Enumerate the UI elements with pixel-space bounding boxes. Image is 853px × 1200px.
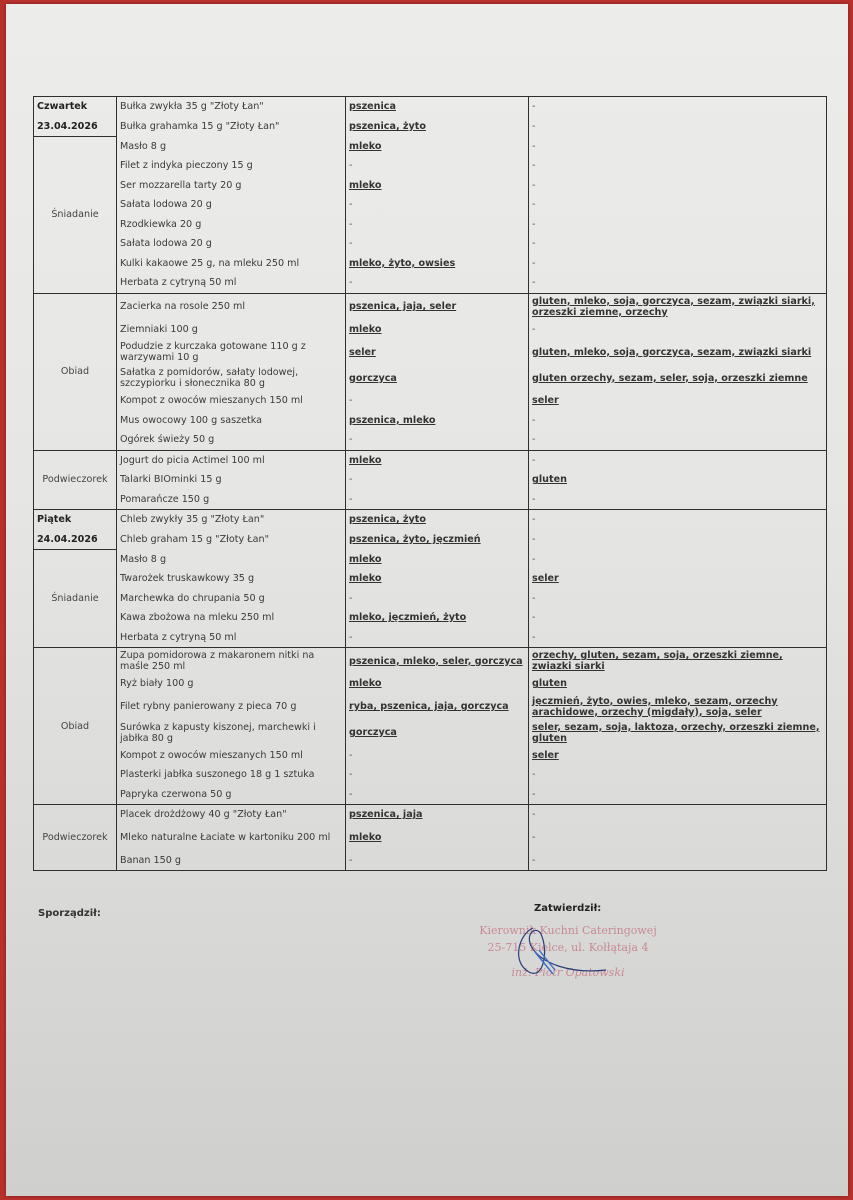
cross-contamination-cell: - [529, 785, 827, 805]
dish-name: Plasterki jabłka suszonego 18 g 1 sztuka [117, 765, 346, 785]
allergen-text: - [532, 238, 823, 249]
allergens-cell: - [346, 470, 529, 490]
dish-name: Talarki BIOminki 15 g [117, 470, 346, 490]
allergens-cell: pszenica, jaja, seler [346, 293, 529, 320]
allergen-text: mleko, jęczmień, żyto [349, 612, 525, 623]
dish-name: Herbata z cytryną 50 ml [117, 628, 346, 648]
day-name: Piątek [34, 510, 117, 530]
dish-name: Sałatka z pomidorów, sałaty lodowej, szc… [117, 365, 346, 391]
table-row: Sałata lodowa 20 g-- [34, 195, 827, 215]
dish-text: Plasterki jabłka suszonego 18 g 1 sztuka [120, 769, 342, 780]
dish-name: Banan 150 g [117, 851, 346, 871]
table-row: Marchewka do chrupania 50 g-- [34, 589, 827, 609]
table-row: Ogórek świeży 50 g-- [34, 430, 827, 450]
table-row: CzwartekBułka zwykła 35 g "Złoty Łan"psz… [34, 97, 827, 117]
allergen-text: gluten, mleko, soja, gorczyca, sezam, zw… [532, 347, 823, 358]
dish-text: Sałata lodowa 20 g [120, 199, 342, 210]
table-row: ŚniadanieMasło 8 gmleko- [34, 137, 827, 157]
dish-name: Kompot z owoców mieszanych 150 ml [117, 746, 346, 766]
cross-contamination-cell: - [529, 851, 827, 871]
allergen-text: gluten [532, 474, 823, 485]
allergen-text: seler [532, 395, 823, 406]
dish-name: Marchewka do chrupania 50 g [117, 589, 346, 609]
allergen-text: mleko [349, 554, 525, 565]
table-row: PodwieczorekPlacek drożdżowy 40 g "Złoty… [34, 805, 827, 825]
table-row: PodwieczorekJogurt do picia Actimel 100 … [34, 450, 827, 470]
dish-text: Zupa pomidorowa z makaronem nitki na maś… [120, 650, 342, 672]
table-row: ObiadZupa pomidorowa z makaronem nitki n… [34, 648, 827, 675]
allergen-text: - [349, 199, 525, 210]
dish-text: Rzodkiewka 20 g [120, 219, 342, 230]
allergen-text: pszenica, żyto [349, 121, 525, 132]
cross-contamination-cell: - [529, 176, 827, 196]
allergen-text: - [532, 809, 823, 820]
allergen-text: gorczyca [349, 373, 525, 384]
allergens-cell: - [346, 628, 529, 648]
allergens-cell: - [346, 195, 529, 215]
table-row: Ziemniaki 100 gmleko- [34, 320, 827, 340]
cross-contamination-cell: seler [529, 569, 827, 589]
cross-contamination-cell: seler [529, 391, 827, 411]
allergens-cell: - [346, 851, 529, 871]
allergen-text: - [349, 494, 525, 505]
table-row: Ryż biały 100 gmlekogluten [34, 674, 827, 694]
allergen-text: - [532, 789, 823, 800]
dish-name: Chleb zwykły 35 g "Złoty Łan" [117, 510, 346, 530]
allergen-text: gluten orzechy, sezam, seler, soja, orze… [532, 373, 823, 384]
allergens-cell: gorczyca [346, 720, 529, 746]
cross-contamination-cell: - [529, 320, 827, 340]
cross-contamination-cell: - [529, 234, 827, 254]
allergen-text: - [532, 494, 823, 505]
allergen-text: gluten, mleko, soja, gorczyca, sezam, zw… [532, 296, 823, 318]
allergen-text: mleko [349, 832, 525, 843]
dish-text: Placek drożdżowy 40 g "Złoty Łan" [120, 809, 342, 820]
cross-contamination-cell: gluten [529, 674, 827, 694]
cross-contamination-cell: - [529, 608, 827, 628]
day-date: 24.04.2026 [34, 530, 117, 550]
allergens-cell: mleko, jęczmień, żyto [346, 608, 529, 628]
allergen-text: - [349, 277, 525, 288]
dish-name: Sałata lodowa 20 g [117, 234, 346, 254]
allergens-cell: seler [346, 339, 529, 365]
cross-contamination-cell: - [529, 490, 827, 510]
cross-contamination-cell: - [529, 97, 827, 117]
cross-contamination-cell: - [529, 450, 827, 470]
table-row: Filet z indyka pieczony 15 g-- [34, 156, 827, 176]
allergen-text: - [349, 474, 525, 485]
allergens-cell: - [346, 215, 529, 235]
allergen-text: - [349, 789, 525, 800]
cross-contamination-cell: - [529, 430, 827, 450]
cross-contamination-cell: orzechy, gluten, sezam, soja, orzeszki z… [529, 648, 827, 675]
allergen-text: - [349, 395, 525, 406]
allergen-text: - [532, 199, 823, 210]
cross-contamination-cell: - [529, 117, 827, 137]
allergen-text: pszenica, mleko, seler, gorczyca [349, 656, 525, 667]
allergen-text: mleko [349, 573, 525, 584]
table-row: ObiadZacierka na rosole 250 mlpszenica, … [34, 293, 827, 320]
allergen-text: - [349, 769, 525, 780]
dish-name: Pomarańcze 150 g [117, 490, 346, 510]
table-row: Podudzie z kurczaka gotowane 110 g z war… [34, 339, 827, 365]
dish-name: Chleb graham 15 g "Złoty Łan" [117, 530, 346, 550]
table-row: Sałatka z pomidorów, sałaty lodowej, szc… [34, 365, 827, 391]
dish-name: Twarożek truskawkowy 35 g [117, 569, 346, 589]
dish-text: Sałata lodowa 20 g [120, 238, 342, 249]
allergen-text: seler, sezam, soja, laktoza, orzechy, or… [532, 722, 823, 744]
allergen-text: - [532, 180, 823, 191]
prepared-by-label: Sporządził: [38, 908, 101, 919]
allergens-cell: mleko [346, 825, 529, 851]
allergens-cell: - [346, 785, 529, 805]
allergens-cell: mleko [346, 550, 529, 570]
dish-name: Papryka czerwona 50 g [117, 785, 346, 805]
cross-contamination-cell: gluten, mleko, soja, gorczyca, sezam, zw… [529, 339, 827, 365]
dish-text: Twarożek truskawkowy 35 g [120, 573, 342, 584]
allergen-text: gorczyca [349, 727, 525, 738]
allergens-cell: - [346, 156, 529, 176]
dish-text: Kompot z owoców mieszanych 150 ml [120, 395, 342, 406]
allergens-cell: pszenica, mleko, seler, gorczyca [346, 648, 529, 675]
dish-text: Zacierka na rosole 250 ml [120, 301, 342, 312]
dish-text: Ogórek świeży 50 g [120, 434, 342, 445]
dish-text: Podudzie z kurczaka gotowane 110 g z war… [120, 341, 342, 363]
dish-name: Ryż biały 100 g [117, 674, 346, 694]
allergens-cell: - [346, 746, 529, 766]
allergen-text: - [532, 434, 823, 445]
allergens-cell: pszenica [346, 97, 529, 117]
allergen-text: - [532, 258, 823, 269]
table-row: Papryka czerwona 50 g-- [34, 785, 827, 805]
dish-text: Surówka z kapusty kiszonej, marchewki i … [120, 722, 342, 744]
dish-name: Kawa zbożowa na mleku 250 ml [117, 608, 346, 628]
table-row: Rzodkiewka 20 g-- [34, 215, 827, 235]
allergen-text: seler [349, 347, 525, 358]
allergen-text: orzechy, gluten, sezam, soja, orzeszki z… [532, 650, 823, 672]
allergens-cell: mleko [346, 450, 529, 470]
allergens-cell: pszenica, żyto [346, 510, 529, 530]
dish-name: Sałata lodowa 20 g [117, 195, 346, 215]
cross-contamination-cell: - [529, 215, 827, 235]
allergens-cell: - [346, 765, 529, 785]
cross-contamination-cell: - [529, 805, 827, 825]
allergen-text: - [532, 554, 823, 565]
allergen-text: - [532, 514, 823, 525]
allergens-cell: mleko, żyto, owsies [346, 254, 529, 274]
dish-text: Banan 150 g [120, 855, 342, 866]
dish-text: Chleb graham 15 g "Złoty Łan" [120, 534, 342, 545]
allergens-cell: pszenica, żyto [346, 117, 529, 137]
table-row: Kompot z owoców mieszanych 150 ml-seler [34, 391, 827, 411]
allergen-text: - [532, 632, 823, 643]
table-row: Mus owocowy 100 g saszetkapszenica, mlek… [34, 411, 827, 431]
table-row: Talarki BIOminki 15 g-gluten [34, 470, 827, 490]
allergen-text: mleko [349, 141, 525, 152]
allergen-text: - [349, 593, 525, 604]
dish-text: Filet rybny panierowany z pieca 70 g [120, 701, 342, 712]
dish-name: Mus owocowy 100 g saszetka [117, 411, 346, 431]
allergens-cell: mleko [346, 137, 529, 157]
allergen-text: - [349, 750, 525, 761]
table-row: 23.04.2026Bułka grahamka 15 g "Złoty Łan… [34, 117, 827, 137]
meal-name: Podwieczorek [34, 805, 117, 871]
allergen-text: - [532, 415, 823, 426]
dish-name: Filet rybny panierowany z pieca 70 g [117, 694, 346, 720]
dish-name: Masło 8 g [117, 550, 346, 570]
cross-contamination-cell: - [529, 195, 827, 215]
allergen-text: pszenica, żyto, jęczmień [349, 534, 525, 545]
cross-contamination-cell: - [529, 411, 827, 431]
allergens-cell: pszenica, mleko [346, 411, 529, 431]
cross-contamination-cell: - [529, 254, 827, 274]
dish-text: Talarki BIOminki 15 g [120, 474, 342, 485]
dish-text: Masło 8 g [120, 141, 342, 152]
allergen-text: - [532, 855, 823, 866]
meal-name: Śniadanie [34, 550, 117, 648]
dish-name: Zacierka na rosole 250 ml [117, 293, 346, 320]
allergen-text: - [532, 141, 823, 152]
cross-contamination-cell: - [529, 530, 827, 550]
cross-contamination-cell: - [529, 273, 827, 293]
dish-name: Filet z indyka pieczony 15 g [117, 156, 346, 176]
table-row: Kompot z owoców mieszanych 150 ml-seler [34, 746, 827, 766]
allergens-cell: - [346, 234, 529, 254]
dish-name: Masło 8 g [117, 137, 346, 157]
dish-text: Filet z indyka pieczony 15 g [120, 160, 342, 171]
dish-name: Ogórek świeży 50 g [117, 430, 346, 450]
table-row: Pomarańcze 150 g-- [34, 490, 827, 510]
day-date: 23.04.2026 [34, 117, 117, 137]
allergens-cell: mleko [346, 176, 529, 196]
table-row: Surówka z kapusty kiszonej, marchewki i … [34, 720, 827, 746]
allergen-text: mleko [349, 324, 525, 335]
dish-text: Mus owocowy 100 g saszetka [120, 415, 342, 426]
dish-text: Ser mozzarella tarty 20 g [120, 180, 342, 191]
allergen-text: - [532, 277, 823, 288]
allergen-text: - [349, 434, 525, 445]
dish-text: Masło 8 g [120, 554, 342, 565]
table-row: Twarożek truskawkowy 35 gmlekoseler [34, 569, 827, 589]
allergens-cell: - [346, 490, 529, 510]
allergens-cell: ryba, pszenica, jaja, gorczyca [346, 694, 529, 720]
allergen-text: - [532, 324, 823, 335]
allergen-text: - [532, 160, 823, 171]
cross-contamination-cell: seler, sezam, soja, laktoza, orzechy, or… [529, 720, 827, 746]
allergen-text: pszenica, mleko [349, 415, 525, 426]
dish-text: Kompot z owoców mieszanych 150 ml [120, 750, 342, 761]
allergen-text: - [349, 632, 525, 643]
dish-text: Herbata z cytryną 50 ml [120, 632, 342, 643]
table-row: Herbata z cytryną 50 ml-- [34, 628, 827, 648]
dish-name: Mleko naturalne Łaciate w kartoniku 200 … [117, 825, 346, 851]
dish-text: Mleko naturalne Łaciate w kartoniku 200 … [120, 832, 342, 843]
meal-name: Podwieczorek [34, 450, 117, 510]
cross-contamination-cell: - [529, 137, 827, 157]
dish-text: Bułka zwykła 35 g "Złoty Łan" [120, 101, 342, 112]
dish-text: Herbata z cytryną 50 ml [120, 277, 342, 288]
allergen-text: pszenica, jaja, seler [349, 301, 525, 312]
table-row: ŚniadanieMasło 8 gmleko- [34, 550, 827, 570]
dish-text: Ryż biały 100 g [120, 678, 342, 689]
allergens-cell: gorczyca [346, 365, 529, 391]
allergen-text: - [532, 219, 823, 230]
allergen-text: pszenica, jaja [349, 809, 525, 820]
table-row: Kawa zbożowa na mleku 250 mlmleko, jęczm… [34, 608, 827, 628]
allergens-cell: - [346, 273, 529, 293]
dish-name: Bułka grahamka 15 g "Złoty Łan" [117, 117, 346, 137]
signature-icon [511, 922, 631, 982]
allergen-text: pszenica [349, 101, 525, 112]
cross-contamination-cell: seler [529, 746, 827, 766]
dish-text: Pomarańcze 150 g [120, 494, 342, 505]
allergen-text: - [532, 612, 823, 623]
approved-by-label: Zatwierdził: [534, 903, 601, 914]
dish-name: Podudzie z kurczaka gotowane 110 g z war… [117, 339, 346, 365]
table-row: 24.04.2026Chleb graham 15 g "Złoty Łan"p… [34, 530, 827, 550]
allergen-text: - [349, 855, 525, 866]
allergen-text: - [349, 160, 525, 171]
meal-name: Obiad [34, 648, 117, 805]
dish-name: Rzodkiewka 20 g [117, 215, 346, 235]
cross-contamination-cell: - [529, 156, 827, 176]
allergen-text: - [349, 219, 525, 230]
allergens-cell: mleko [346, 674, 529, 694]
allergen-text: - [532, 121, 823, 132]
allergens-cell: - [346, 589, 529, 609]
allergens-cell: mleko [346, 569, 529, 589]
table-row: Filet rybny panierowany z pieca 70 gryba… [34, 694, 827, 720]
dish-name: Zupa pomidorowa z makaronem nitki na maś… [117, 648, 346, 675]
allergen-text: - [532, 455, 823, 466]
allergen-text: ryba, pszenica, jaja, gorczyca [349, 701, 525, 712]
dish-name: Placek drożdżowy 40 g "Złoty Łan" [117, 805, 346, 825]
table-row: Kulki kakaowe 25 g, na mleku 250 mlmleko… [34, 254, 827, 274]
table-row: PiątekChleb zwykły 35 g "Złoty Łan"pszen… [34, 510, 827, 530]
allergen-text: gluten [532, 678, 823, 689]
dish-name: Ziemniaki 100 g [117, 320, 346, 340]
dish-text: Kawa zbożowa na mleku 250 ml [120, 612, 342, 623]
allergen-text: - [532, 593, 823, 604]
allergen-text: seler [532, 750, 823, 761]
allergen-text: seler [532, 573, 823, 584]
cross-contamination-cell: - [529, 825, 827, 851]
table-row: Ser mozzarella tarty 20 gmleko- [34, 176, 827, 196]
dish-text: Jogurt do picia Actimel 100 ml [120, 455, 342, 466]
dish-name: Ser mozzarella tarty 20 g [117, 176, 346, 196]
allergens-cell: - [346, 430, 529, 450]
dish-name: Bułka zwykła 35 g "Złoty Łan" [117, 97, 346, 117]
allergen-text: - [349, 238, 525, 249]
dish-text: Papryka czerwona 50 g [120, 789, 342, 800]
dish-name: Surówka z kapusty kiszonej, marchewki i … [117, 720, 346, 746]
cross-contamination-cell: - [529, 550, 827, 570]
table-row: Plasterki jabłka suszonego 18 g 1 sztuka… [34, 765, 827, 785]
meal-name: Obiad [34, 293, 117, 450]
dish-name: Jogurt do picia Actimel 100 ml [117, 450, 346, 470]
cross-contamination-cell: - [529, 765, 827, 785]
cross-contamination-cell: - [529, 510, 827, 530]
table-row: Mleko naturalne Łaciate w kartoniku 200 … [34, 825, 827, 851]
allergens-cell: pszenica, żyto, jęczmień [346, 530, 529, 550]
dish-text: Kulki kakaowe 25 g, na mleku 250 ml [120, 258, 342, 269]
dish-text: Bułka grahamka 15 g "Złoty Łan" [120, 121, 342, 132]
cross-contamination-cell: - [529, 589, 827, 609]
day-name: Czwartek [34, 97, 117, 117]
table-row: Sałata lodowa 20 g-- [34, 234, 827, 254]
cross-contamination-cell: gluten, mleko, soja, gorczyca, sezam, zw… [529, 293, 827, 320]
cross-contamination-cell: - [529, 628, 827, 648]
allergens-cell: pszenica, jaja [346, 805, 529, 825]
allergen-text: mleko [349, 180, 525, 191]
allergen-text: mleko [349, 678, 525, 689]
dish-text: Ziemniaki 100 g [120, 324, 342, 335]
dish-name: Kulki kakaowe 25 g, na mleku 250 ml [117, 254, 346, 274]
menu-allergen-table: CzwartekBułka zwykła 35 g "Złoty Łan"psz… [33, 96, 827, 871]
cross-contamination-cell: gluten [529, 470, 827, 490]
allergen-text: - [532, 534, 823, 545]
meal-name: Śniadanie [34, 137, 117, 294]
allergen-text: pszenica, żyto [349, 514, 525, 525]
allergens-cell: - [346, 391, 529, 411]
dish-name: Herbata z cytryną 50 ml [117, 273, 346, 293]
allergens-cell: mleko [346, 320, 529, 340]
document-page: CzwartekBułka zwykła 35 g "Złoty Łan"psz… [6, 4, 848, 1196]
allergen-text: mleko, żyto, owsies [349, 258, 525, 269]
dish-text: Sałatka z pomidorów, sałaty lodowej, szc… [120, 367, 342, 389]
table-row: Herbata z cytryną 50 ml-- [34, 273, 827, 293]
allergen-text: mleko [349, 455, 525, 466]
table-row: Banan 150 g-- [34, 851, 827, 871]
allergen-text: jęczmień, żyto, owies, mleko, sezam, orz… [532, 696, 823, 718]
allergen-text: - [532, 832, 823, 843]
cross-contamination-cell: jęczmień, żyto, owies, mleko, sezam, orz… [529, 694, 827, 720]
dish-name: Kompot z owoców mieszanych 150 ml [117, 391, 346, 411]
dish-text: Chleb zwykły 35 g "Złoty Łan" [120, 514, 342, 525]
allergen-text: - [532, 769, 823, 780]
dish-text: Marchewka do chrupania 50 g [120, 593, 342, 604]
allergen-text: - [532, 101, 823, 112]
cross-contamination-cell: gluten orzechy, sezam, seler, soja, orze… [529, 365, 827, 391]
